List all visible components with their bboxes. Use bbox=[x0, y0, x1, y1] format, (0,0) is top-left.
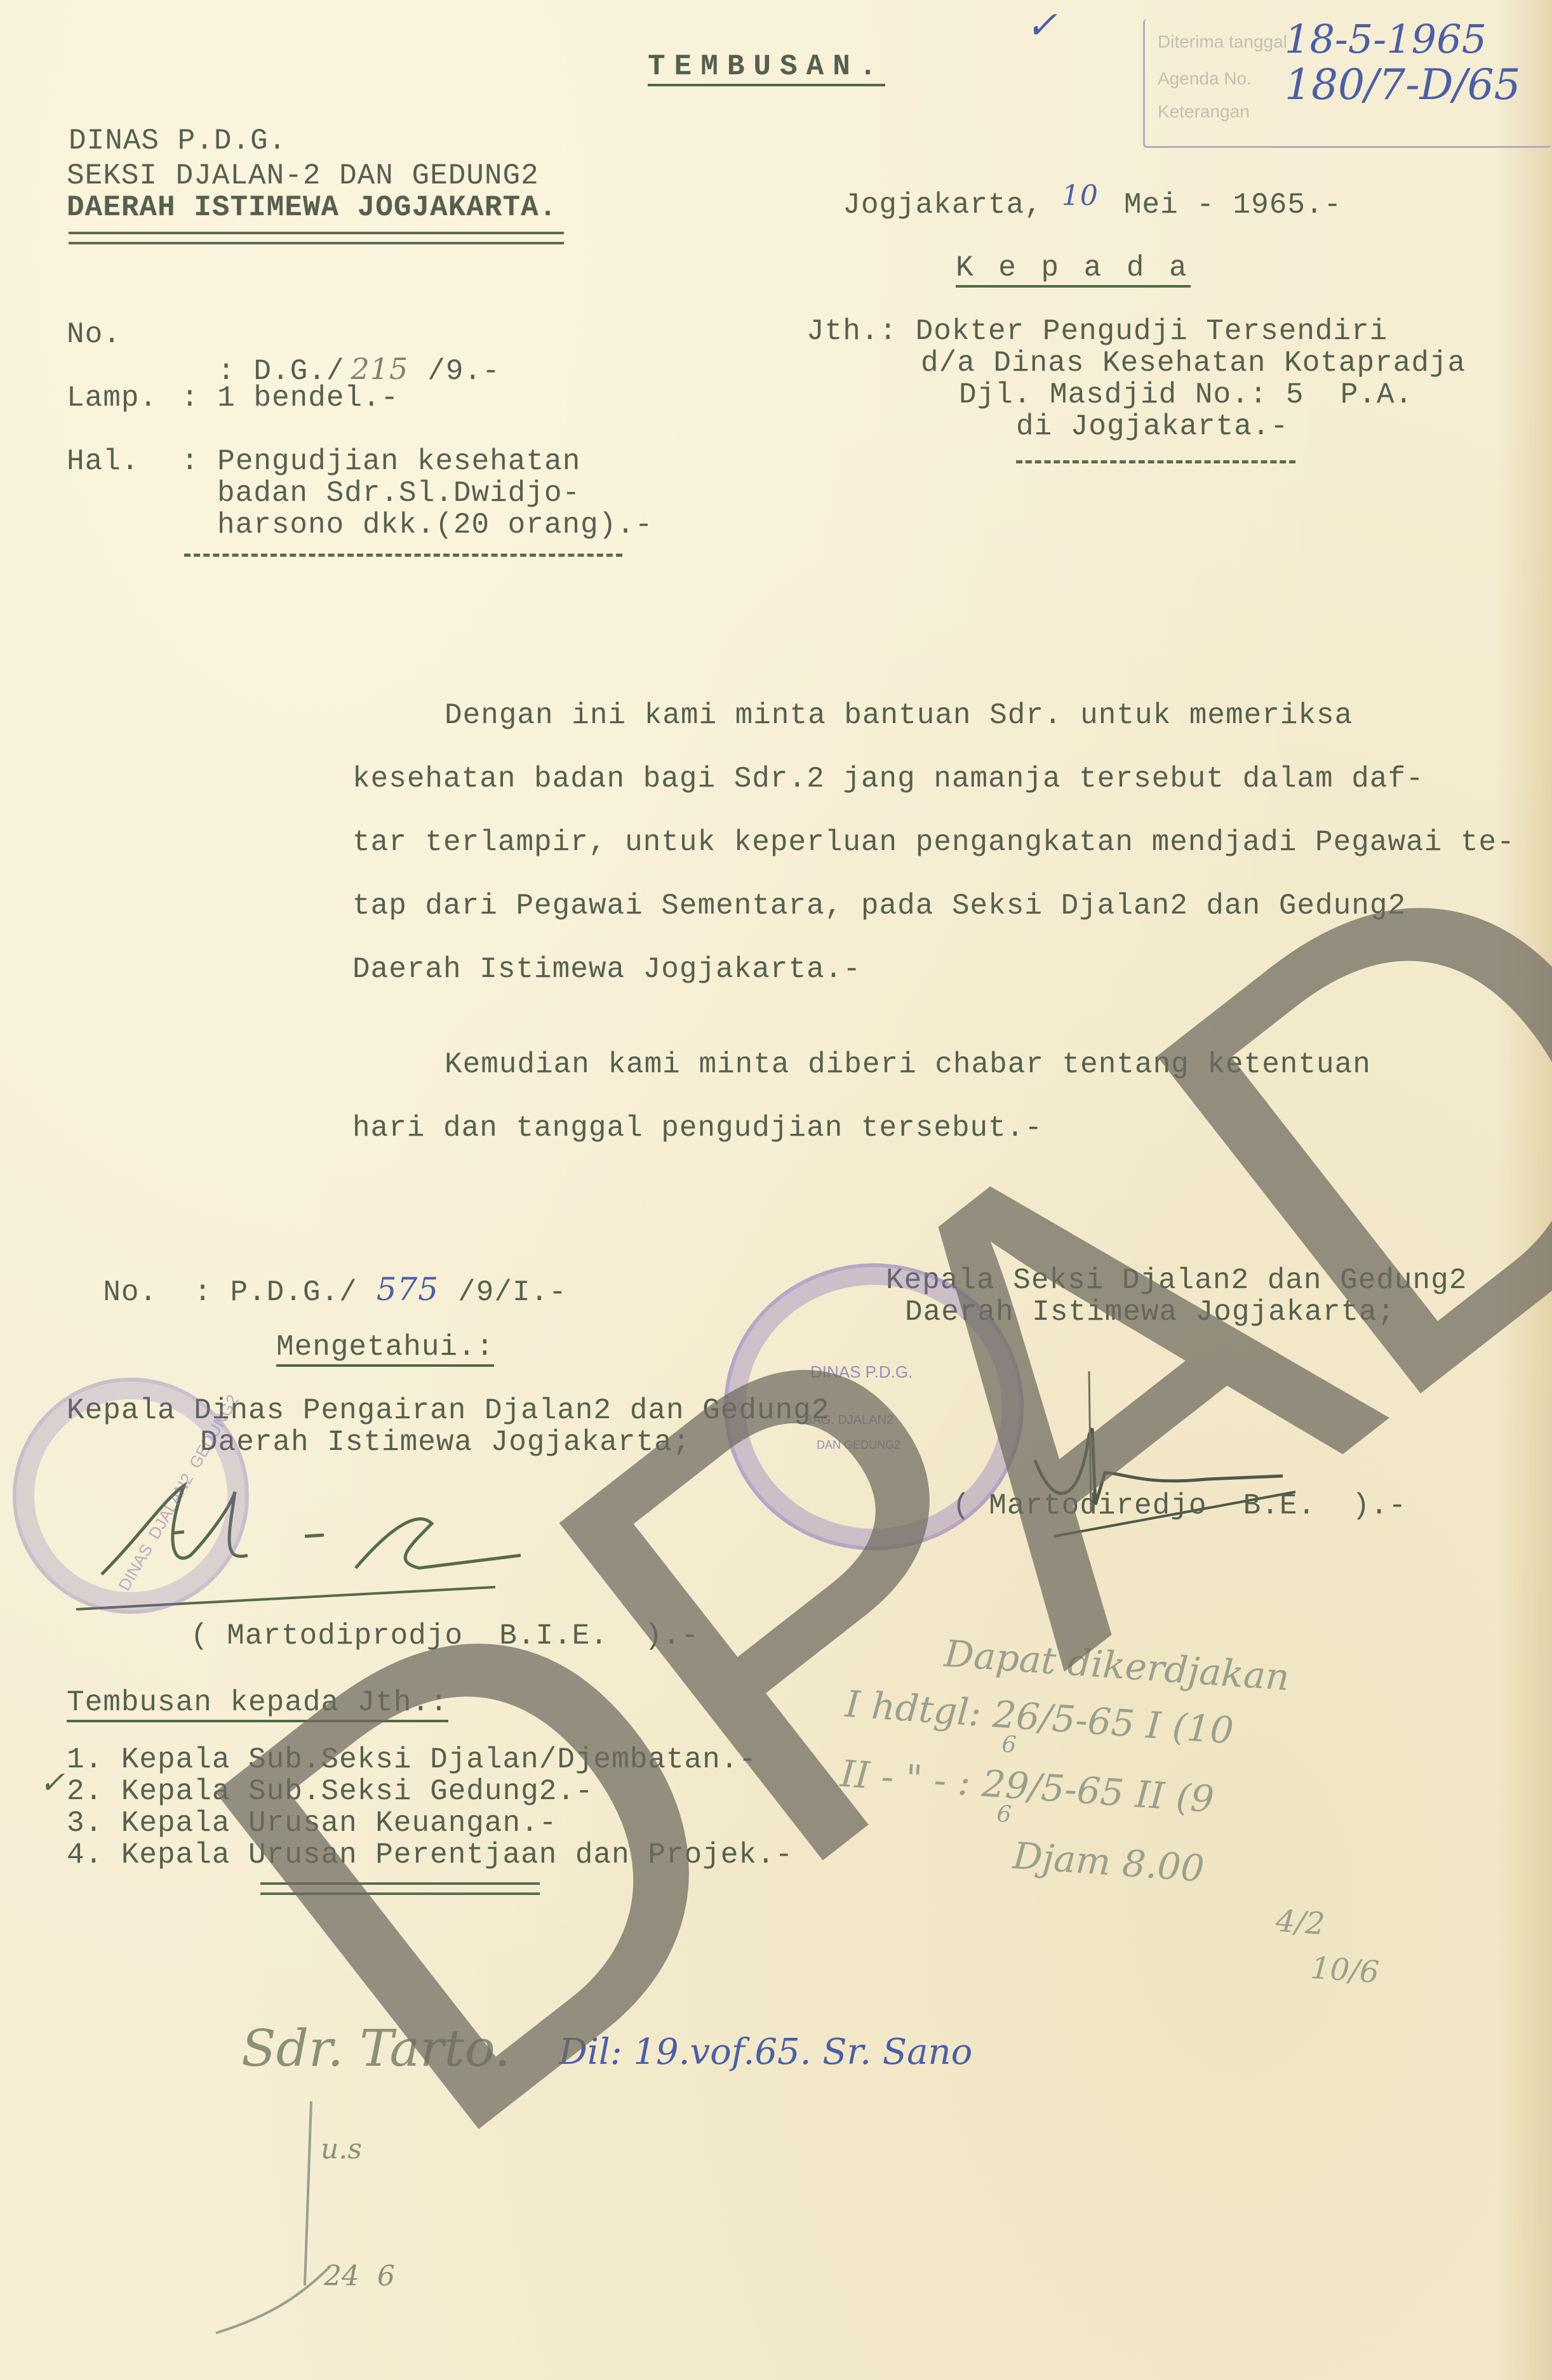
office-line-2: SEKSI DJALAN-2 DAN GEDUNG2 bbox=[67, 159, 539, 193]
body-line: tar terlampir, untuk keperluan pengangka… bbox=[352, 825, 1515, 860]
official-seal-left: DINAS DJALAN2 GEDUNG2 bbox=[13, 1378, 249, 1614]
second-reference: No. : P.D.G./575/9/I.- bbox=[67, 1238, 567, 1310]
acknowledged-line-2: Daerah Istimewa Jogjakarta; bbox=[200, 1425, 690, 1459]
bottom-pencil-name: Sdr. Tarto. bbox=[241, 2019, 511, 2078]
stamp-agenda-value: 180/7-D/65 bbox=[1285, 60, 1521, 109]
hal-label: Hal. bbox=[67, 444, 139, 479]
addressee-heading: K e p a d a bbox=[956, 251, 1191, 288]
seal-inner-line-2: BAG. DJALAN2 bbox=[804, 1413, 893, 1428]
second-ref-suffix: /9/I.- bbox=[458, 1276, 567, 1309]
body-line: tap dari Pegawai Sementara, pada Seksi D… bbox=[352, 889, 1406, 923]
official-seal-right: DINAS P.D.G. BAG. DJALAN2 DAN GEDUNG2 bbox=[724, 1263, 1024, 1550]
seal-inner-line-3: DAN GEDUNG2 bbox=[817, 1439, 900, 1452]
cc-double-rule bbox=[260, 1882, 540, 1895]
body-line: Daerah Istimewa Jogjakarta.- bbox=[352, 952, 861, 987]
cc-item: 3. Kepala Urusan Keuangan.- bbox=[67, 1806, 557, 1840]
body-line: hari dan tanggal pengudjian tersebut.- bbox=[352, 1111, 1043, 1145]
no-label: No. bbox=[67, 317, 121, 352]
cc-item: 2. Kepala Sub.Seksi Gedung2.- bbox=[67, 1774, 594, 1809]
acknowledged-name: ( Martodiprodjo B.I.E. ).- bbox=[191, 1619, 699, 1653]
addressee-line-4: di Jogjakarta.- bbox=[1016, 409, 1288, 444]
hal-line-2: badan Sdr.Sl.Dwidjo- bbox=[217, 476, 580, 510]
seal-inner-line-1: DINAS P.D.G. bbox=[810, 1362, 913, 1382]
body-line: Dengan ini kami minta bantuan Sdr. untuk… bbox=[445, 698, 1353, 733]
hal-line-1: : Pengudjian kesehatan bbox=[181, 444, 580, 479]
body-line: kesehatan badan bagi Sdr.2 jang namanja … bbox=[352, 762, 1424, 796]
pencil-note-sub: 6 bbox=[996, 1801, 1012, 1828]
addressee-line-1: Jth.: Dokter Pengudji Tersendiri bbox=[806, 314, 1388, 349]
stamp-label-agenda: Agenda No. bbox=[1158, 69, 1252, 89]
paper-edge-shadow bbox=[1495, 0, 1552, 2380]
pencil-note-sub: 6 bbox=[1001, 1731, 1017, 1758]
place-date-suffix: Mei - 1965.- bbox=[1124, 189, 1342, 222]
cc-heading: Tembusan kepada Jth.: bbox=[67, 1685, 448, 1722]
copy-label: TEMBUSAN. bbox=[648, 50, 885, 86]
acknowledged-heading: Mengetahui.: bbox=[276, 1330, 494, 1367]
hal-rule bbox=[184, 554, 622, 557]
place-date-prefix: Jogjakarta, bbox=[843, 189, 1043, 222]
lamp-label: Lamp. bbox=[67, 381, 157, 415]
bottom-blue-note: Dil: 19.vof.65. Sr. Sano bbox=[559, 2031, 972, 2073]
body-line: Kemudian kami minta diberi chabar tentan… bbox=[445, 1047, 1371, 1082]
signatory-right-line-1: Kepala Seksi Djalan2 dan Gedung2 bbox=[886, 1263, 1467, 1298]
seal-left-text: DINAS DJALAN2 GEDUNG2 bbox=[114, 1392, 243, 1595]
office-line-1: DINAS P.D.G. bbox=[69, 124, 286, 158]
pencil-note-line: 10/6 bbox=[1309, 1950, 1380, 1990]
no-value-suffix: /9.- bbox=[427, 355, 500, 388]
place-date: Jogjakarta,10Mei - 1965.- bbox=[806, 152, 1342, 222]
second-ref-prefix: No. : P.D.G./ bbox=[103, 1276, 357, 1309]
signatory-right-name: ( Martodiredjo B.E. ).- bbox=[953, 1489, 1407, 1523]
second-ref-handwritten: 575 bbox=[377, 1271, 439, 1308]
receipt-stamp: Diterima tanggal Agenda No. Keterangan 1… bbox=[1143, 19, 1551, 148]
bottom-pencil-stroke bbox=[203, 2095, 457, 2349]
stamp-date-value: 18-5-1965 bbox=[1285, 16, 1487, 62]
addressee-line-2: d/a Dinas Kesehatan Kotapradja bbox=[921, 346, 1466, 380]
cc-item: 4. Kepala Urusan Perentjaan dan Projek.- bbox=[67, 1838, 793, 1872]
stamp-label-note: Keterangan bbox=[1158, 102, 1250, 122]
stamp-label-date: Diterima tanggal bbox=[1158, 32, 1287, 52]
check-mark-icon: ✓ bbox=[1026, 3, 1057, 48]
hal-line-3: harsono dkk.(20 orang).- bbox=[217, 508, 653, 542]
addressee-rule bbox=[1016, 460, 1295, 463]
cc-item-2-check-icon: ✓ bbox=[39, 1765, 65, 1800]
header-double-rule bbox=[69, 232, 564, 244]
pencil-note-line: 4/2 bbox=[1274, 1903, 1326, 1942]
addressee-line-3: Djl. Masdjid No.: 5 P.A. bbox=[959, 378, 1413, 412]
place-date-day: 10 bbox=[1062, 180, 1099, 212]
cc-item: 1. Kepala Sub.Seksi Djalan/Djembatan.- bbox=[67, 1743, 757, 1777]
no-value: : D.G./215/9.- bbox=[181, 317, 500, 389]
office-line-3: DAERAH ISTIMEWA JOGJAKARTA. bbox=[67, 190, 557, 225]
lamp-value: : 1 bendel.- bbox=[181, 381, 399, 415]
